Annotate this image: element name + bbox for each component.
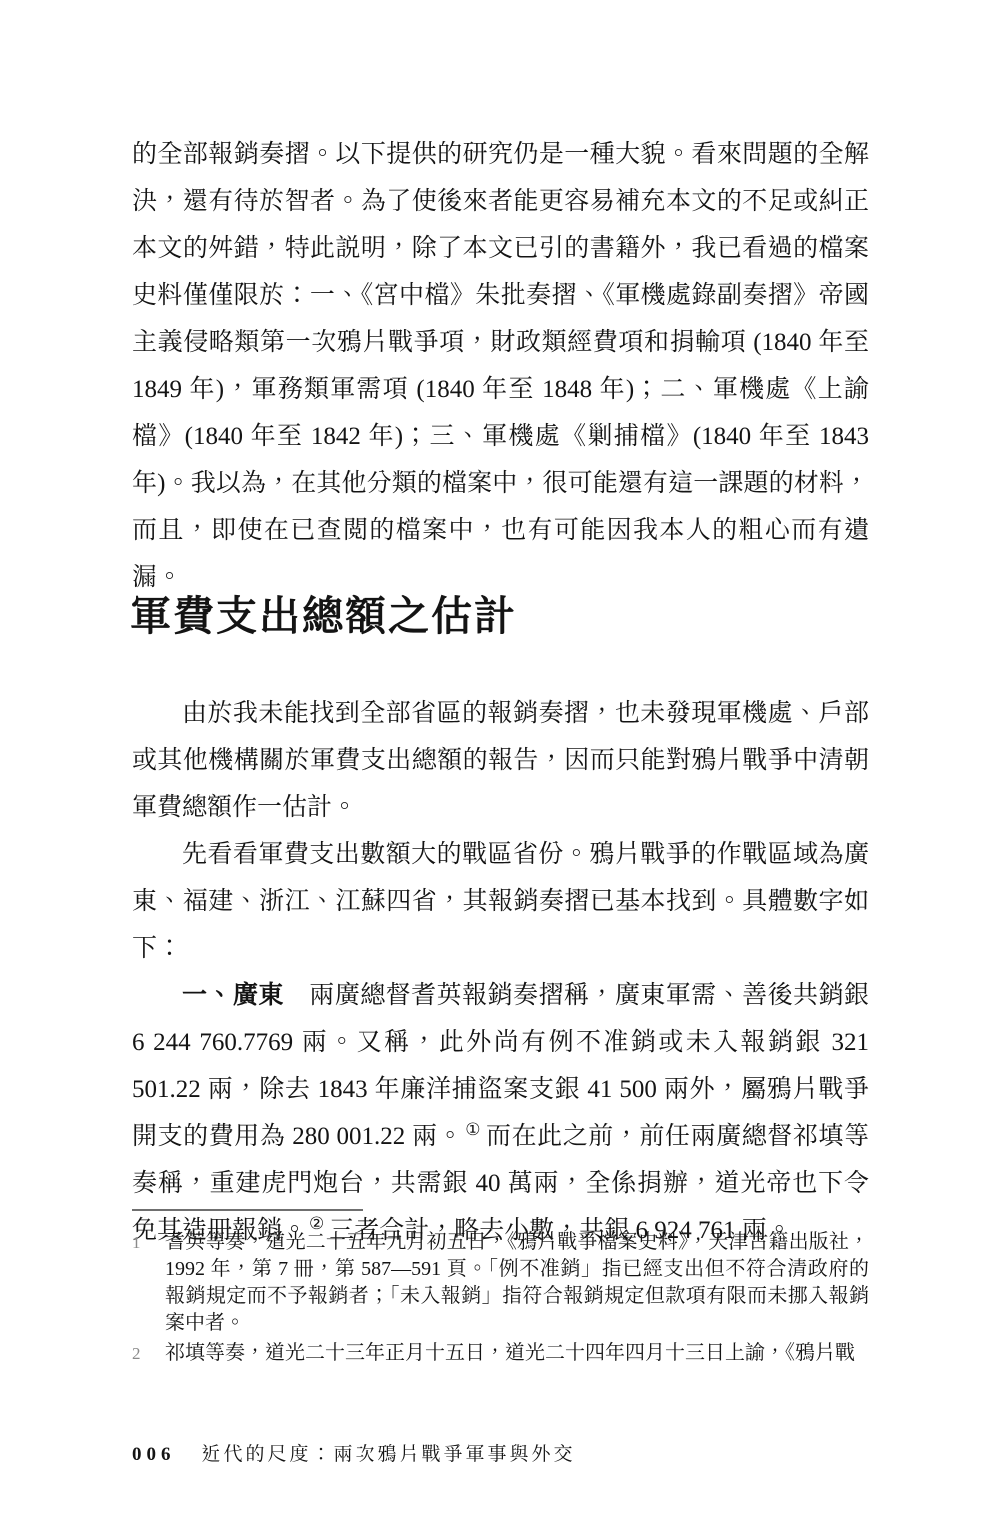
footnote-1-number: 1 xyxy=(132,1229,165,1337)
footnote-1-text: 耆英等奏，道光二十五年九月初五日，《鴉片戰爭檔案史料》，天津古籍出版社，1992… xyxy=(165,1229,869,1337)
footnote-divider xyxy=(132,1209,363,1211)
footnote-ref-1: ① xyxy=(465,1120,481,1139)
footnote-2-text: 祁填等奏，道光二十三年正月十五日，道光二十四年四月十三日上諭，《鴉片戰 xyxy=(165,1340,869,1367)
footnotes-block: 1 耆英等奏，道光二十五年九月初五日，《鴉片戰爭檔案史料》，天津古籍出版社，19… xyxy=(132,1229,869,1370)
page-footer: 006 近代的尺度：兩次鴉片戰爭軍事與外交 xyxy=(132,1439,576,1466)
page-number: 006 xyxy=(132,1444,176,1466)
paragraph-overview: 由於我未能找到全部省區的報銷奏摺，也未發現軍機處、戶部或其他機構關於軍費支出總額… xyxy=(132,690,869,831)
section-heading: 軍費支出總額之估計 xyxy=(130,583,517,642)
document-page: 的全部報銷奏摺。以下提供的研究仍是一種大貌。看來問題的全解決，還有待於智者。為了… xyxy=(0,0,1000,1513)
guangdong-label: 一、廣東 xyxy=(182,982,284,1009)
paragraph-provinces: 先看看軍費支出數額大的戰區省份。鴉片戰爭的作戰區域為廣東、福建、浙江、江蘇四省，… xyxy=(132,831,869,972)
book-title: 近代的尺度：兩次鴉片戰爭軍事與外交 xyxy=(202,1439,576,1466)
body-block: 由於我未能找到全部省區的報銷奏摺，也未發現軍機處、戶部或其他機構關於軍費支出總額… xyxy=(132,690,869,1254)
paragraph-guangdong: 一、廣東 兩廣總督耆英報銷奏摺稱，廣東軍需、善後共銷銀 6 244 760.77… xyxy=(132,972,869,1254)
intro-paragraph: 的全部報銷奏摺。以下提供的研究仍是一種大貌。看來問題的全解決，還有待於智者。為了… xyxy=(132,131,869,601)
footnote-2-number: 2 xyxy=(132,1340,165,1367)
footnote-2: 2 祁填等奏，道光二十三年正月十五日，道光二十四年四月十三日上諭，《鴉片戰 xyxy=(132,1340,869,1367)
footnote-1: 1 耆英等奏，道光二十五年九月初五日，《鴉片戰爭檔案史料》，天津古籍出版社，19… xyxy=(132,1229,869,1337)
